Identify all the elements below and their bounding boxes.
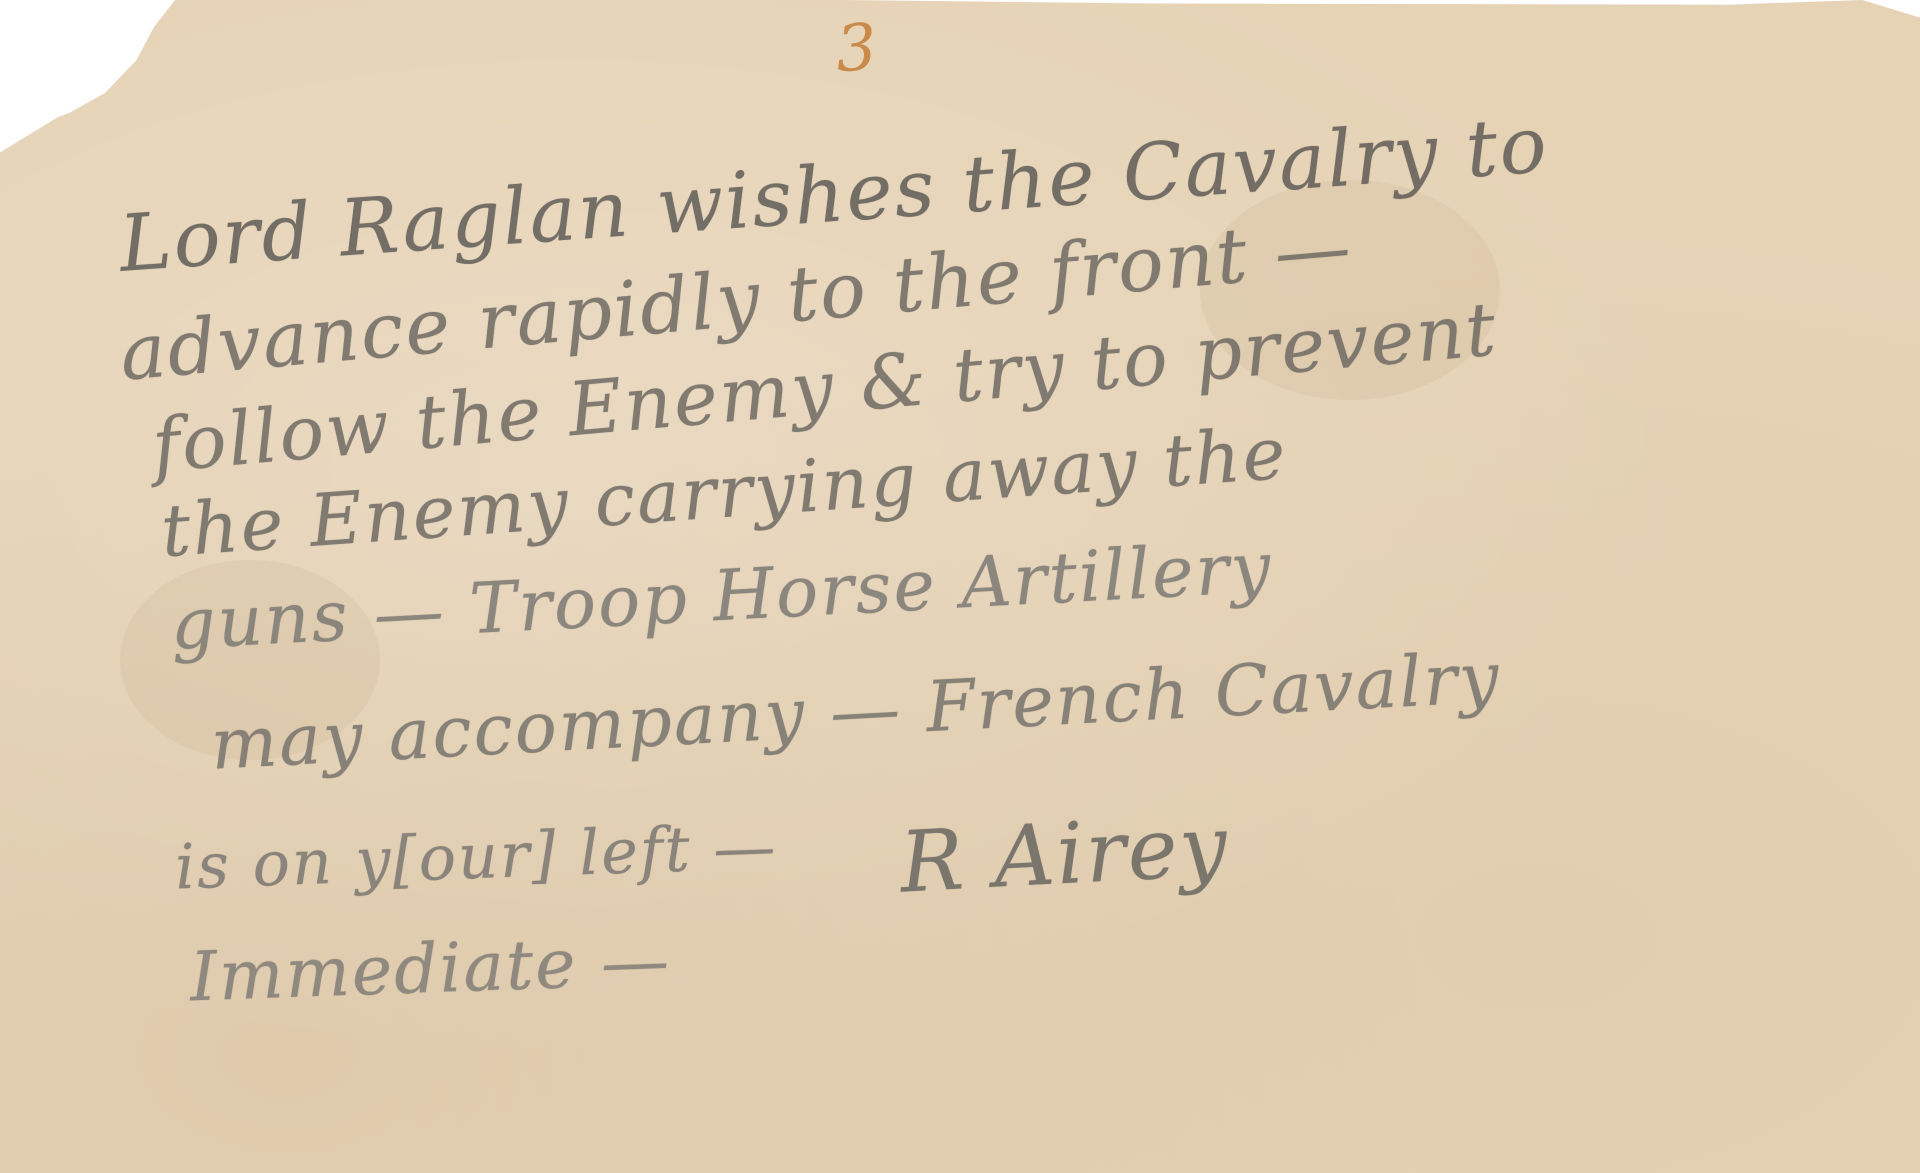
closing-line: Immediate —	[189, 922, 673, 1018]
signature: R Airey	[898, 796, 1231, 911]
folio-number: 3	[833, 11, 879, 88]
